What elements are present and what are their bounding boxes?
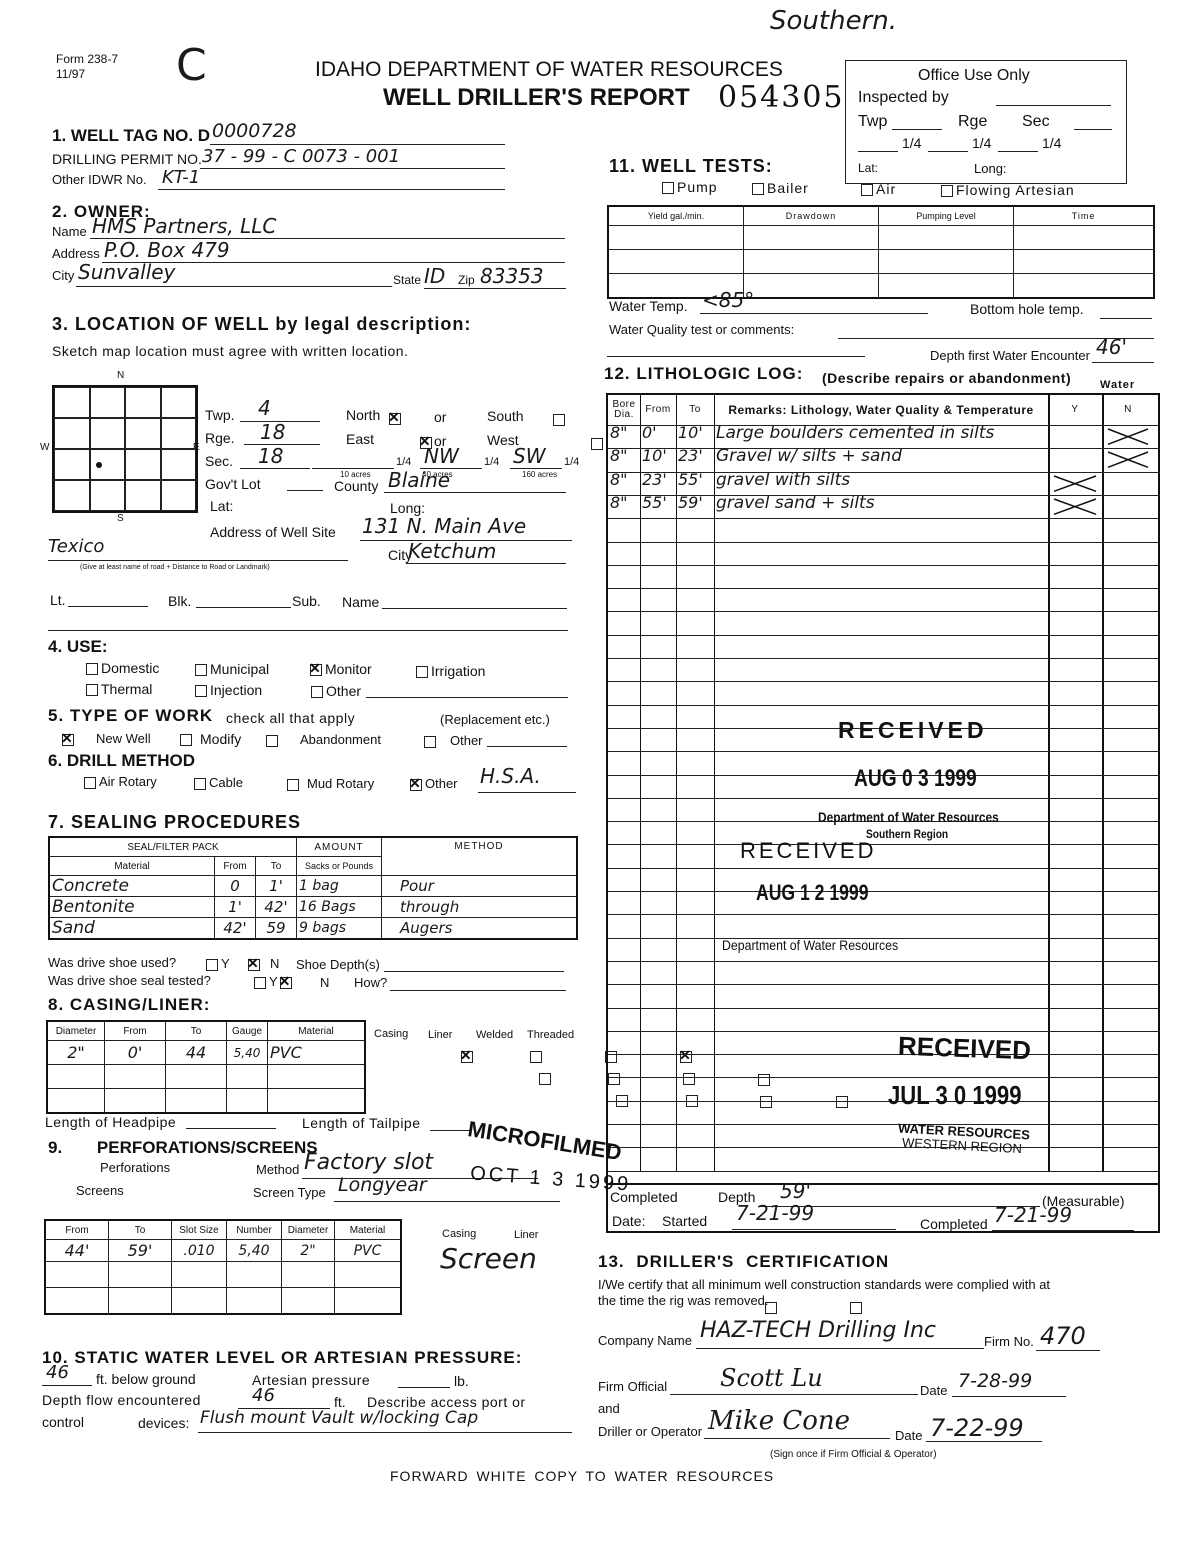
seal-to[interactable]: 59: [256, 918, 297, 940]
how-field[interactable]: [390, 990, 566, 991]
col-material: Material: [49, 857, 215, 876]
drill-other-value[interactable]: H.S.A.: [480, 764, 541, 788]
screen-col-casing: Casing: [442, 1228, 476, 1240]
seal-from[interactable]: 1': [215, 897, 256, 918]
use-other-checkbox[interactable]: [311, 686, 323, 698]
lt-field[interactable]: [68, 606, 148, 607]
litho-remarks[interactable]: Gravel w/ silts + sand: [716, 446, 1048, 466]
sub-name-field[interactable]: [382, 608, 567, 609]
table-row[interactable]: [608, 635, 1158, 658]
table-row: 2" 0' 44 5,40 PVC: [47, 1041, 365, 1065]
table-row[interactable]: [608, 518, 1158, 541]
seal-tested-y-checkbox[interactable]: [280, 977, 292, 989]
casing-to[interactable]: 44: [166, 1041, 227, 1065]
agency-name: IDAHO DEPARTMENT OF WATER RESOURCES: [315, 58, 783, 82]
owner-address-value[interactable]: P.O. Box 479: [104, 238, 230, 262]
started-value[interactable]: 7-21-99: [736, 1201, 814, 1225]
well-tag-value[interactable]: 0000728: [212, 120, 297, 142]
depth-flow-value[interactable]: 46: [252, 1385, 275, 1406]
use-thermal[interactable]: Thermal: [86, 681, 152, 697]
sec-value[interactable]: 18: [258, 444, 283, 468]
other-idwr-value[interactable]: KT-1: [162, 167, 200, 188]
firm-official-signature[interactable]: Scott Lu: [720, 1364, 823, 1392]
table-row[interactable]: [608, 914, 1158, 937]
depth-first-water-value[interactable]: 46': [1096, 335, 1127, 359]
litho-from[interactable]: 23': [642, 470, 676, 489]
inspected-by-field[interactable]: [996, 105, 1111, 106]
use-municipal[interactable]: Municipal: [195, 661, 269, 677]
seal-tested-y-checkbox-a[interactable]: [254, 977, 266, 989]
type-of-work-hint2: (Replacement etc.): [440, 712, 550, 727]
rge-value[interactable]: 18: [260, 420, 285, 444]
litho-remarks[interactable]: gravel sand + silts: [716, 493, 1048, 513]
section-sketch-map[interactable]: [52, 385, 198, 513]
drill-mud-rotary[interactable]: Mud Rotary: [287, 776, 374, 791]
work-new-well-checkbox[interactable]: [62, 734, 74, 746]
table-row: Concrete 0 1' 1 bag Pour: [49, 876, 577, 897]
table-row[interactable]: [608, 961, 1158, 984]
drill-other[interactable]: Other: [410, 776, 458, 791]
test-flowing-artesian-checkbox[interactable]: [941, 185, 953, 197]
water-temp-value[interactable]: <85°: [702, 288, 754, 312]
water-temp-label: Water Temp.: [609, 298, 688, 314]
compass-s: S: [117, 513, 124, 524]
control-label: control: [42, 1414, 84, 1430]
well-city-value[interactable]: Ketchum: [408, 539, 496, 563]
screen-to[interactable]: 59': [109, 1240, 172, 1262]
table-row[interactable]: [608, 274, 1154, 298]
use-thermal-label: Thermal: [101, 681, 152, 697]
bore-dia[interactable]: 8": [610, 493, 640, 512]
screen-row3-liner-checkbox[interactable]: [850, 1302, 862, 1314]
litho-col-header: N: [1102, 395, 1154, 425]
tailpipe-label: Length of Tailpipe: [302, 1115, 421, 1131]
table-row[interactable]: [608, 1054, 1158, 1077]
drill-other-checkbox[interactable]: [410, 779, 422, 791]
casing-gauge[interactable]: 5,40: [227, 1041, 268, 1065]
completion-box: Completed Depth 59' (Measurable) Date: S…: [606, 1183, 1160, 1233]
col-to: To: [256, 857, 297, 876]
received-stamp-2: RECEIVED: [740, 838, 876, 864]
table-row[interactable]: 8"10'23'Gravel w/ silts + sand: [608, 448, 1158, 471]
depth-flow-label: Depth flow encountered: [42, 1392, 201, 1408]
quarter-40-value[interactable]: NW: [424, 444, 459, 468]
table-row[interactable]: [608, 658, 1158, 681]
litho-remarks[interactable]: Large boulders cemented in silts: [716, 423, 1048, 443]
margin-mark: C: [176, 40, 207, 91]
quarter-160-value[interactable]: SW: [513, 444, 545, 468]
col-drawdown: Drawdown: [744, 206, 879, 226]
perforations-label: Perforations: [100, 1160, 170, 1175]
depth-first-water-label: Depth first Water Encounter: [930, 348, 1090, 363]
devices-value[interactable]: Flush mount Vault w/locking Cap: [200, 1408, 478, 1428]
use-monitor[interactable]: Monitor: [310, 661, 372, 677]
blk-label: Blk.: [168, 593, 191, 609]
work-modify[interactable]: Modify: [180, 731, 241, 747]
table-row[interactable]: [608, 1124, 1158, 1147]
twp-value[interactable]: 4: [258, 396, 271, 420]
seal-material[interactable]: Concrete: [49, 876, 215, 897]
screens-table: From To Slot Size Number Diameter Materi…: [44, 1219, 402, 1315]
seal-material[interactable]: Sand: [49, 918, 215, 940]
seal-from[interactable]: 0: [215, 876, 256, 897]
litho-col-header: To: [676, 395, 714, 425]
use-irrigation-checkbox[interactable]: [416, 666, 428, 678]
well-site-address-label: Address of Well Site: [210, 524, 336, 540]
form-number: Form 238-7: [56, 52, 118, 66]
use-injection[interactable]: Injection: [195, 682, 262, 698]
north-checkbox[interactable]: [389, 413, 401, 425]
seal-material[interactable]: Bentonite: [49, 897, 215, 918]
county-value[interactable]: Blaine: [388, 468, 450, 492]
litho-to[interactable]: 23': [678, 446, 714, 465]
use-monitor-checkbox[interactable]: [310, 664, 322, 676]
drill-air-rotary-checkbox[interactable]: [84, 777, 96, 789]
table-row[interactable]: [608, 844, 1158, 867]
table-row: 44' 59' .010 5,40 2" PVC: [45, 1240, 401, 1262]
received-stamp-1-date: AUG 0 3 1999: [854, 765, 977, 793]
table-row[interactable]: [608, 542, 1158, 565]
sub-label: Sub.: [292, 593, 321, 609]
bottom-hole-field[interactable]: [1100, 318, 1152, 319]
office-quarter-3: 1/4: [1042, 135, 1061, 151]
govt-lot-label: Gov't Lot: [205, 476, 261, 492]
table-row[interactable]: [608, 1147, 1158, 1170]
drill-mud-rotary-checkbox[interactable]: [287, 779, 299, 791]
casing-material[interactable]: PVC: [268, 1041, 366, 1065]
quarter-10-field[interactable]: [312, 468, 394, 469]
office-lat-label: Lat:: [858, 161, 878, 175]
table-row[interactable]: [608, 1031, 1158, 1054]
bore-dia[interactable]: 8": [610, 446, 640, 465]
screen-handwritten-note: Screen: [440, 1242, 537, 1275]
litho-from[interactable]: 55': [642, 493, 676, 512]
col-sacks: Sacks or Pounds: [297, 857, 382, 876]
sec-label: Sec.: [205, 453, 233, 469]
table-row[interactable]: [608, 1008, 1158, 1031]
work-other-field[interactable]: [487, 746, 567, 747]
col-pumping-level: Pumping Level: [879, 206, 1014, 226]
permit-value[interactable]: 37 - 99 - C 0073 - 001: [202, 146, 400, 167]
north-label: North: [346, 407, 380, 423]
litho-from[interactable]: 0': [642, 423, 676, 442]
table-row[interactable]: [608, 1101, 1158, 1124]
screen-type-value[interactable]: Longyear: [338, 1174, 427, 1196]
lithologic-log-subtitle: (Describe repairs or abandonment): [822, 370, 1071, 386]
casing-row1-liner-checkbox[interactable]: [530, 1051, 542, 1063]
firm-official-label: Firm Official: [598, 1379, 667, 1394]
col-diameter: Diameter: [282, 1220, 335, 1240]
drill-air-rotary[interactable]: Air Rotary: [84, 774, 157, 789]
drill-cable-checkbox[interactable]: [194, 778, 206, 790]
office-twp-label: Twp: [858, 113, 887, 131]
use-municipal-checkbox[interactable]: [195, 664, 207, 676]
owner-address-label: Address: [52, 246, 100, 261]
completed-value[interactable]: 7-21-99: [994, 1203, 1072, 1227]
litho-col-header: Bore Dia.: [608, 395, 640, 425]
seal-to[interactable]: 1': [256, 876, 297, 897]
owner-city-label: City: [52, 268, 74, 283]
litho-from[interactable]: 10': [642, 446, 676, 465]
seal-method[interactable]: through: [382, 897, 578, 918]
compass-n: N: [117, 370, 124, 381]
east-label: East: [346, 431, 374, 447]
driller-signature[interactable]: Mike Cone: [708, 1406, 850, 1436]
col-time: Time: [1014, 206, 1155, 226]
company-name-label: Company Name: [598, 1333, 692, 1348]
litho-to[interactable]: 59': [678, 493, 714, 512]
certification-statement-1: I/We certify that all minimum well const…: [598, 1277, 1050, 1292]
col-welded: Welded: [476, 1029, 513, 1041]
table-row[interactable]: 8"0'10'Large boulders cemented in silts: [608, 425, 1158, 448]
artesian-pressure-field[interactable]: [398, 1387, 450, 1388]
type-of-work-title: 5. TYPE OF WORK: [48, 706, 213, 726]
seal-tested-y[interactable]: Y: [254, 974, 295, 989]
table-row[interactable]: [608, 588, 1158, 611]
table-row[interactable]: [608, 250, 1154, 274]
seal-filter-header: SEAL/FILTER PACK: [49, 837, 297, 857]
col-material: Material: [335, 1220, 402, 1240]
casing-section-title: 8. CASING/LINER:: [48, 995, 210, 1015]
test-pump-label: Pump: [677, 179, 718, 195]
received-stamp-2-dept: Department of Water Resources: [722, 937, 898, 953]
col-material: Material: [268, 1021, 366, 1041]
seal-amount[interactable]: 16 Bags: [297, 897, 382, 918]
col-to: To: [109, 1220, 172, 1240]
amount-header: AMOUNT: [297, 837, 382, 857]
headpipe-field[interactable]: [186, 1128, 276, 1129]
devices-label: devices:: [138, 1415, 189, 1431]
screen-diameter[interactable]: 2": [282, 1240, 335, 1262]
page-title: WELL DRILLER'S REPORT: [383, 84, 690, 112]
rge-label: Rge.: [205, 430, 235, 446]
quarter-label-3: 1/4: [564, 456, 579, 468]
screen-material[interactable]: PVC: [335, 1240, 402, 1262]
method-label: Method: [256, 1162, 299, 1177]
completed-date-label: Completed: [920, 1216, 988, 1232]
casing-row1-casing-checkbox[interactable]: [461, 1051, 473, 1063]
driller-date-label: Date: [895, 1428, 922, 1443]
drive-shoe-y[interactable]: Y: [206, 956, 230, 971]
table-row[interactable]: [608, 984, 1158, 1007]
work-new-well[interactable]: New Well: [62, 731, 151, 746]
litho-to[interactable]: 55': [678, 470, 714, 489]
sub-name-label: Name: [342, 594, 379, 610]
use-section-title: 4. USE:: [48, 637, 108, 657]
table-row: [47, 1089, 365, 1113]
litho-col-header: From: [640, 395, 676, 425]
drive-shoe-y-checkbox[interactable]: [206, 959, 218, 971]
use-other[interactable]: Other: [311, 683, 361, 699]
screen-number[interactable]: 5,40: [227, 1240, 282, 1262]
blk-field[interactable]: [196, 607, 291, 608]
seal-amount[interactable]: 1 bag: [297, 876, 382, 897]
table-row[interactable]: [608, 681, 1158, 704]
static-level-value[interactable]: 46: [46, 1362, 69, 1383]
county-label: County: [334, 478, 378, 494]
table-row[interactable]: [608, 891, 1158, 914]
quarter-label-1: 1/4: [396, 456, 411, 468]
method-value[interactable]: Factory slot: [304, 1150, 433, 1175]
method-header: METHOD: [382, 837, 578, 876]
work-new-well-label: New Well: [96, 731, 151, 746]
twp-label: Twp.: [205, 407, 235, 423]
litho-col-header: Remarks: Lithology, Water Quality & Temp…: [714, 395, 1048, 425]
table-row[interactable]: 8"23'55'gravel with silts: [608, 472, 1158, 495]
seal-tested-question: Was drive shoe seal tested?: [48, 973, 211, 988]
use-domestic-label: Domestic: [101, 660, 159, 676]
work-other[interactable]: Other: [424, 733, 483, 748]
screen-slot[interactable]: .010: [172, 1240, 227, 1262]
seal-method[interactable]: Augers: [382, 918, 578, 940]
drill-method-title: 6. DRILL METHOD: [48, 751, 195, 771]
other-idwr-label: Other IDWR No.: [52, 172, 147, 187]
well-site-address-value[interactable]: 131 N. Main Ave: [362, 514, 526, 538]
screen-from[interactable]: 44': [45, 1240, 109, 1262]
col-from: From: [105, 1021, 166, 1041]
location-subtitle: Sketch map location must agree with writ…: [52, 343, 408, 359]
use-thermal-checkbox[interactable]: [86, 684, 98, 696]
work-other-checkbox[interactable]: [424, 736, 436, 748]
work-modify-label: Modify: [200, 731, 241, 747]
owner-name-value[interactable]: HMS Partners, LLC: [92, 214, 276, 238]
litho-to[interactable]: 10': [678, 423, 714, 442]
sealing-section-title: 7. SEALING PROCEDURES: [48, 812, 301, 833]
type-of-work-hint: check all that apply: [226, 710, 355, 726]
work-modify-checkbox[interactable]: [180, 734, 192, 746]
test-air-label: Air: [876, 181, 896, 197]
shoe-depth-field[interactable]: [384, 971, 564, 972]
lb-label: lb.: [454, 1373, 469, 1389]
inspected-by-label: Inspected by: [858, 89, 949, 107]
received-stamp-3-date: JUL 3 0 1999: [888, 1080, 1022, 1111]
work-abandonment-checkbox[interactable]: [266, 735, 278, 747]
landmark-hint: (Give at least name of road + Distance t…: [80, 564, 270, 571]
table-row[interactable]: 8"55'59'gravel sand + silts: [608, 495, 1158, 518]
landmark-value[interactable]: Texico: [48, 536, 104, 557]
col-from: From: [45, 1220, 109, 1240]
firm-official-date[interactable]: 7-28-99: [958, 1370, 1032, 1392]
headpipe-label: Length of Headpipe: [45, 1114, 176, 1130]
owner-city-value[interactable]: Sunvalley: [78, 260, 175, 284]
col-number: Number: [227, 1220, 282, 1240]
bottom-hole-label: Bottom hole temp.: [970, 301, 1084, 317]
test-air-checkbox[interactable]: [861, 184, 873, 196]
drill-cable-label: Cable: [209, 775, 243, 790]
well-tests-title: 11. WELL TESTS:: [609, 156, 773, 177]
seal-from[interactable]: 42': [215, 918, 256, 940]
office-quarter-1: 1/4: [902, 135, 921, 151]
office-quarter-2: 1/4: [972, 135, 991, 151]
table-row: [47, 1065, 365, 1089]
report-number: 054305: [718, 80, 845, 115]
owner-state-value[interactable]: ID: [424, 264, 445, 288]
office-use-box: Office Use Only Inspected by Twp Rge Sec…: [845, 60, 1127, 184]
seal-method[interactable]: Pour: [382, 876, 578, 897]
footer-text: FORWARD WHITE COPY TO WATER RESOURCES: [390, 1468, 774, 1484]
work-abandonment[interactable]: Abandonment: [266, 732, 381, 747]
south-checkbox[interactable]: [553, 414, 565, 426]
driller-date[interactable]: 7-22-99: [930, 1414, 1024, 1442]
company-name-value[interactable]: HAZ-TECH Drilling Inc: [700, 1318, 936, 1343]
drive-shoe-n[interactable]: N: [248, 956, 279, 971]
govt-lot-field[interactable]: [287, 490, 323, 491]
well-tag-label: 1. WELL TAG NO. D: [52, 126, 210, 146]
test-air[interactable]: Air: [861, 181, 896, 197]
owner-name-label: Name: [52, 224, 87, 239]
test-flowing-artesian[interactable]: Flowing Artesian: [941, 182, 1075, 198]
received-stamp-1-region: Southern Region: [866, 827, 948, 841]
owner-zip-label: Zip: [458, 273, 475, 287]
screen-col-liner: Liner: [514, 1229, 538, 1241]
sealing-table: SEAL/FILTER PACK AMOUNT METHOD Material …: [48, 836, 578, 940]
owner-state-label: State: [393, 273, 421, 287]
depth-value[interactable]: 59': [780, 1179, 811, 1203]
certification-statement-2: the time the rig was removed.: [598, 1293, 769, 1308]
seal-to[interactable]: 42': [256, 897, 297, 918]
use-domestic[interactable]: Domestic: [86, 660, 159, 676]
casing-row2-casing-checkbox[interactable]: [539, 1073, 551, 1085]
south-label: South: [487, 408, 524, 424]
litho-col-header: Y: [1048, 395, 1102, 425]
table-row[interactable]: [608, 868, 1158, 891]
litho-remarks[interactable]: gravel with silts: [716, 470, 1048, 490]
well-location-dot: [96, 462, 102, 468]
work-abandonment-label: Abandonment: [300, 732, 381, 747]
drill-cable[interactable]: Cable: [194, 775, 243, 790]
use-injection-checkbox[interactable]: [195, 685, 207, 697]
test-bailer[interactable]: Bailer: [752, 180, 809, 196]
west-checkbox[interactable]: [591, 438, 603, 450]
firm-no-value[interactable]: 470: [1040, 1322, 1086, 1350]
table-row[interactable]: [608, 1077, 1158, 1100]
drive-shoe-n-label: N: [270, 956, 279, 971]
use-other-field[interactable]: [366, 697, 568, 698]
tailpipe-field[interactable]: [430, 1130, 470, 1131]
screens-label: Screens: [76, 1183, 124, 1198]
form-date: 11/97: [56, 67, 85, 81]
table-row[interactable]: [608, 226, 1154, 250]
table-row[interactable]: [608, 565, 1158, 588]
col-diameter: Diameter: [47, 1021, 105, 1041]
test-flowing-artesian-label: Flowing Artesian: [956, 182, 1075, 198]
seal-amount[interactable]: 9 bags: [297, 918, 382, 940]
use-irrigation[interactable]: Irrigation: [416, 663, 485, 679]
date-label: Date:: [612, 1213, 645, 1229]
bore-dia[interactable]: 8": [610, 423, 640, 442]
firm-official-date-label: Date: [920, 1383, 947, 1398]
bore-dia[interactable]: 8": [610, 470, 640, 489]
seal-tested-y-label: Y: [269, 974, 278, 989]
screen-type-label: Screen Type: [253, 1185, 326, 1200]
owner-zip-value[interactable]: 83353: [480, 264, 544, 288]
driller-label: Driller or Operator: [598, 1424, 702, 1439]
drive-shoe-n-checkbox[interactable]: [248, 959, 260, 971]
test-bailer-checkbox[interactable]: [752, 183, 764, 195]
work-other-label: Other: [450, 733, 483, 748]
table-row: [45, 1288, 401, 1314]
test-pump[interactable]: Pump: [662, 179, 718, 195]
use-domestic-checkbox[interactable]: [86, 663, 98, 675]
casing-diameter[interactable]: 2": [47, 1041, 105, 1065]
microfilmed-stamp: MICROFILMED: [466, 1116, 623, 1166]
test-pump-checkbox[interactable]: [662, 182, 674, 194]
started-label: Started: [662, 1213, 707, 1229]
casing-from[interactable]: 0': [105, 1041, 166, 1065]
table-row[interactable]: [608, 611, 1158, 634]
use-other-label: Other: [326, 683, 361, 699]
office-sec-label: Sec: [1022, 113, 1050, 131]
